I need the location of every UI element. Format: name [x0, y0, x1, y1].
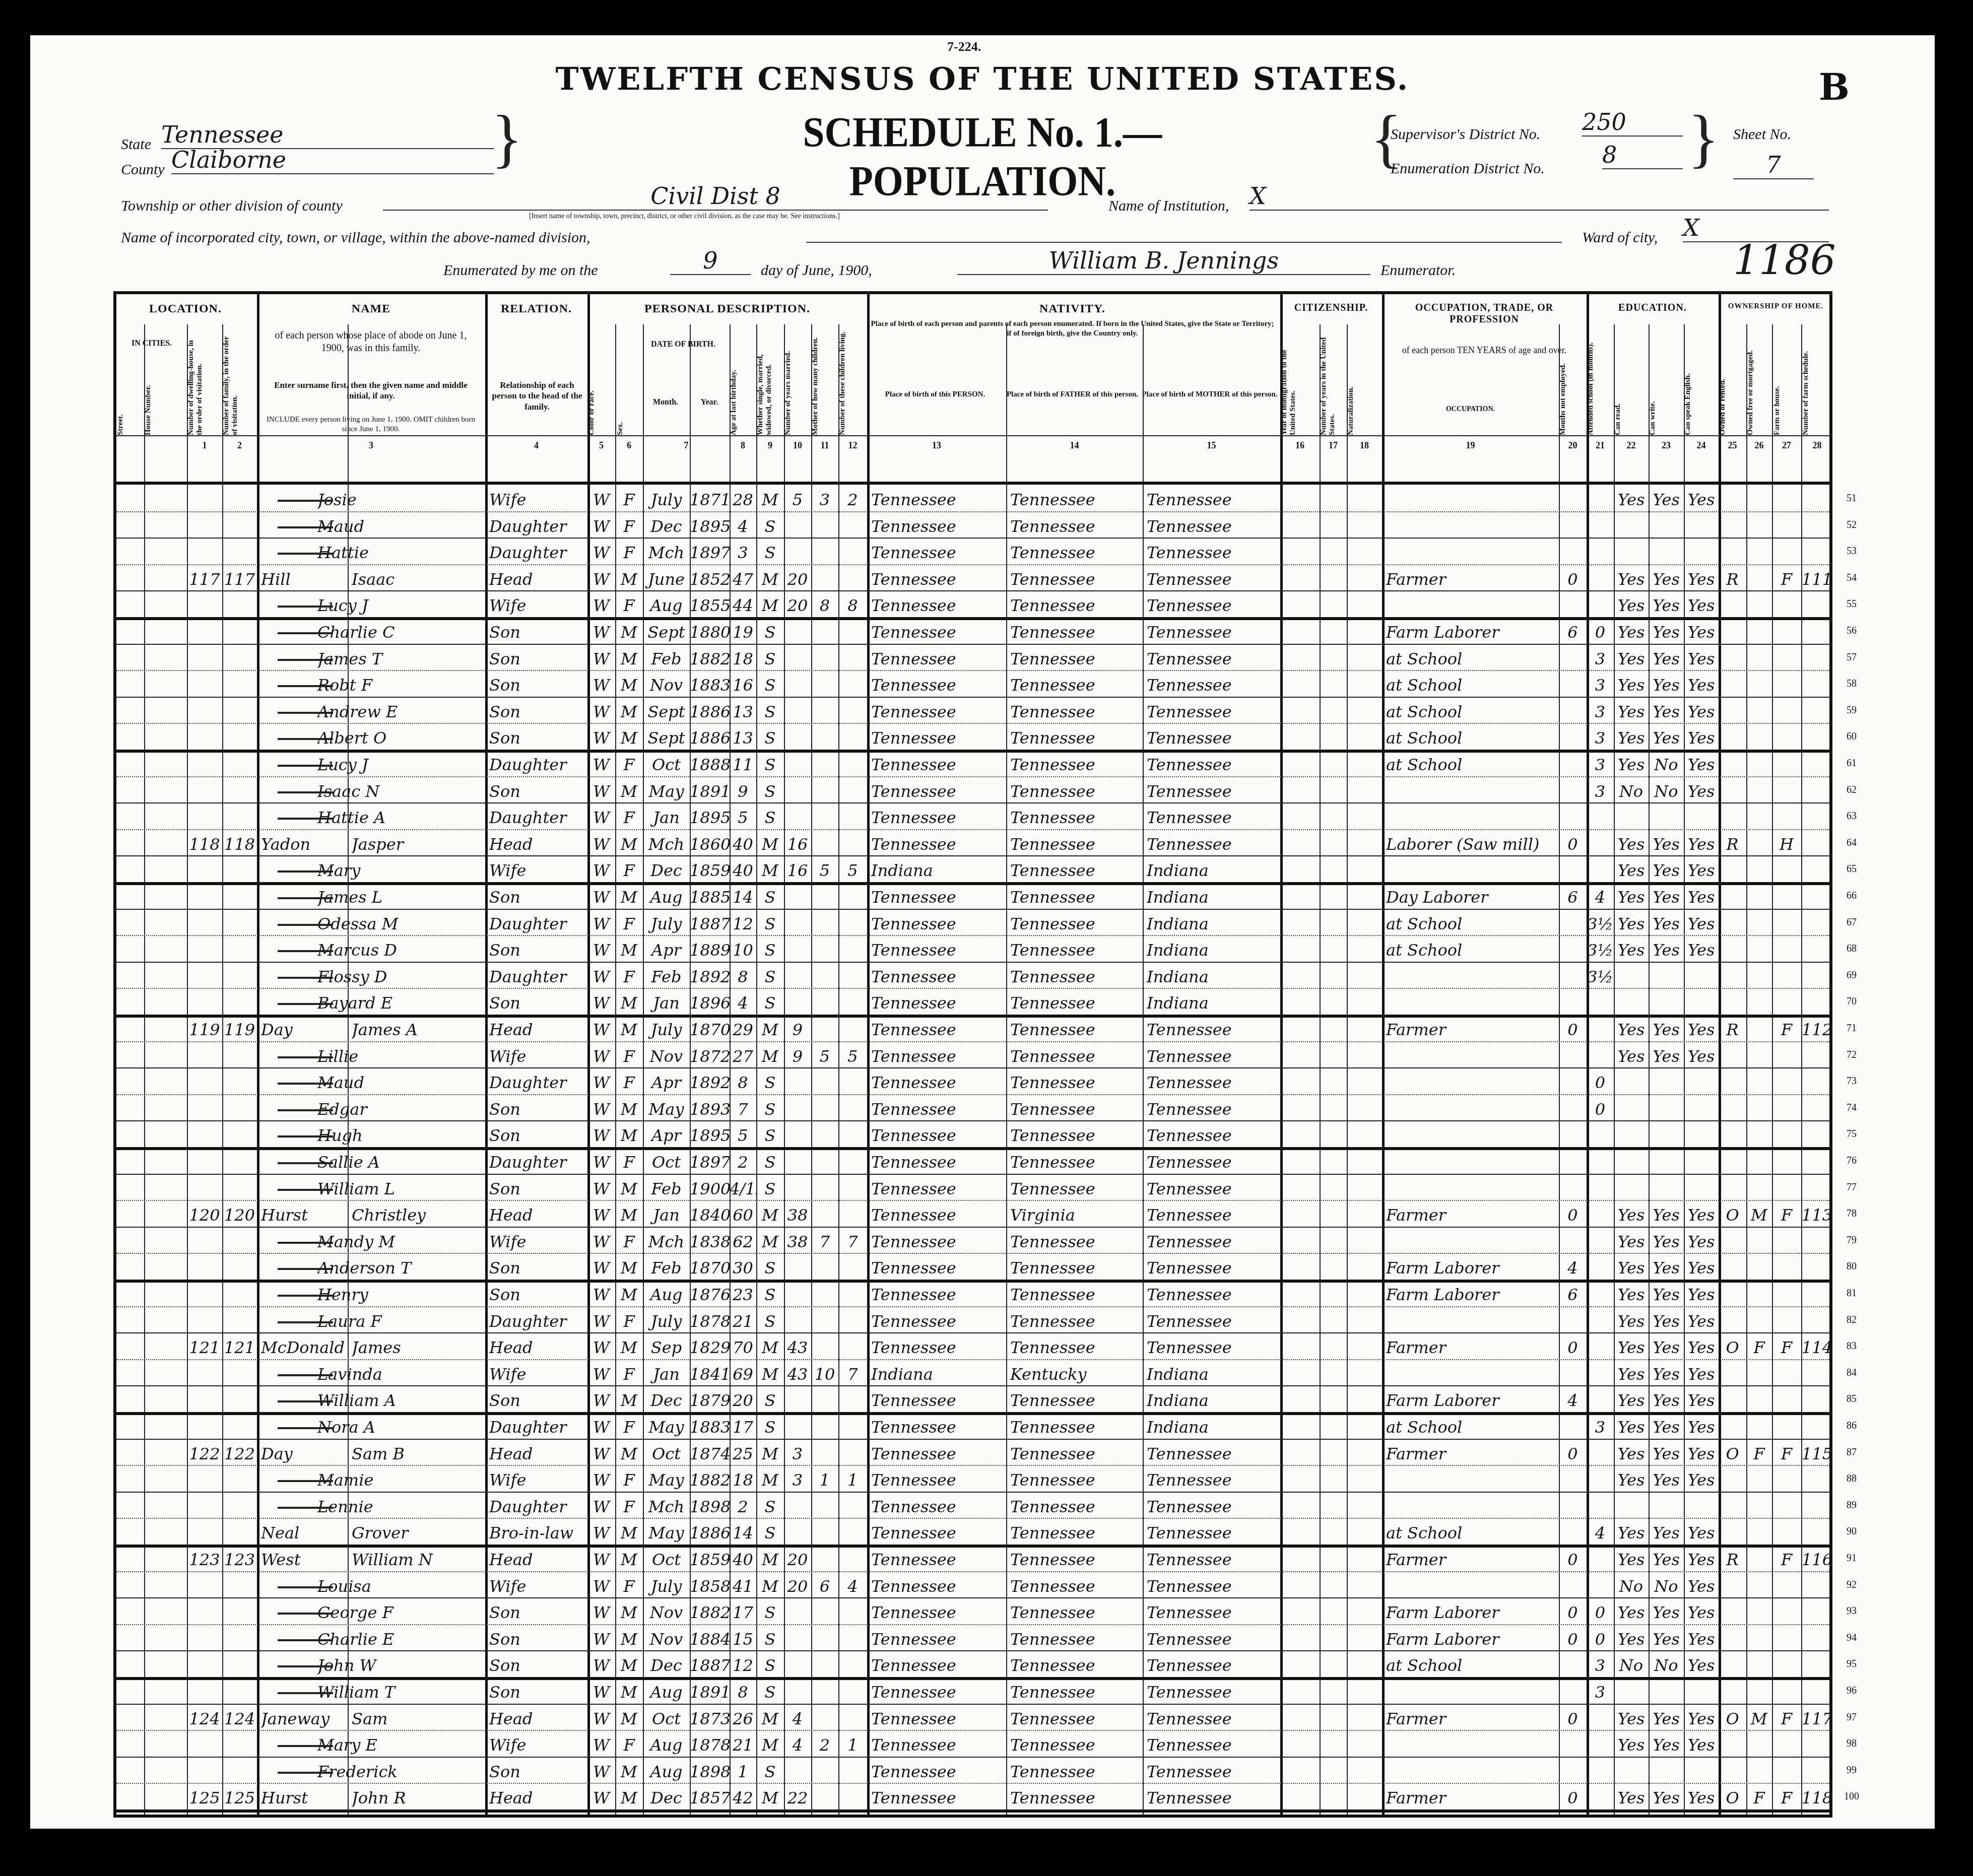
cell-fam[interactable]	[222, 1147, 257, 1173]
cell-pobf[interactable]: Tennessee	[1010, 1412, 1142, 1438]
cell-sex[interactable]: M	[615, 1783, 643, 1809]
cell-read[interactable]: Yes	[1614, 697, 1649, 723]
cell-fh[interactable]	[1772, 1253, 1801, 1279]
cell-sex[interactable]: M	[615, 723, 643, 749]
cell-pobf[interactable]: Tennessee	[1010, 1067, 1142, 1094]
cell-color[interactable]: W	[587, 1147, 615, 1173]
cell-pob[interactable]: Tennessee	[871, 1280, 1005, 1306]
cell-fm[interactable]	[1746, 1465, 1772, 1491]
cell-sex[interactable]: F	[615, 1041, 643, 1067]
cell-year[interactable]: 1859	[690, 1545, 730, 1571]
cell-pobf[interactable]: Tennessee	[1010, 1332, 1142, 1359]
cell-pobf[interactable]: Tennessee	[1010, 670, 1142, 696]
cell-month[interactable]: May	[643, 1094, 690, 1120]
cell-own[interactable]	[1719, 590, 1746, 617]
cell-pobm[interactable]: Tennessee	[1147, 590, 1279, 617]
cell-fm[interactable]	[1746, 590, 1772, 617]
cell-fh[interactable]	[1772, 617, 1801, 643]
cell-read[interactable]	[1614, 1094, 1649, 1120]
cell-pobf[interactable]: Tennessee	[1010, 1227, 1142, 1253]
cell-mar[interactable]: S	[756, 1492, 784, 1518]
cell-pobf[interactable]: Tennessee	[1010, 855, 1142, 882]
cell-ym[interactable]	[784, 1253, 811, 1279]
cell-rel[interactable]: Son	[489, 1757, 586, 1783]
cell-pobm[interactable]: Tennessee	[1147, 1067, 1279, 1094]
cell-dw[interactable]	[187, 1412, 222, 1438]
cell-fm[interactable]	[1746, 670, 1772, 696]
cell-ym[interactable]	[784, 1492, 811, 1518]
cell-speak[interactable]: Yes	[1684, 882, 1719, 908]
cell-mar[interactable]: S	[756, 1597, 784, 1624]
cell-speak[interactable]: Yes	[1684, 1597, 1719, 1624]
cell-write[interactable]: Yes	[1649, 1253, 1684, 1279]
cell-mo[interactable]	[811, 1174, 838, 1200]
enumerator-name-field[interactable]: William B. Jennings	[957, 247, 1370, 275]
cell-occ[interactable]: Farm Laborer	[1386, 1253, 1558, 1279]
cell-month[interactable]: Oct	[643, 1545, 690, 1571]
cell-given[interactable]: Odessa M	[317, 909, 450, 935]
cell-given[interactable]: Maud	[317, 511, 450, 538]
cell-mne[interactable]	[1559, 988, 1587, 1014]
cell-ch[interactable]	[838, 1412, 867, 1438]
cell-given[interactable]: Mamie	[317, 1465, 450, 1491]
cell-month[interactable]: May	[643, 1412, 690, 1438]
cell-mo[interactable]	[811, 1439, 838, 1465]
cell-ch[interactable]	[838, 935, 867, 961]
cell-mo[interactable]: 8	[811, 590, 838, 617]
cell-mar[interactable]: S	[756, 617, 784, 643]
cell-read[interactable]: Yes	[1614, 1518, 1649, 1544]
cell-pobf[interactable]: Tennessee	[1010, 1120, 1142, 1147]
cell-month[interactable]: May	[643, 1518, 690, 1544]
cell-color[interactable]: W	[587, 1280, 615, 1306]
cell-color[interactable]: W	[587, 1385, 615, 1412]
cell-read[interactable]	[1614, 1174, 1649, 1200]
cell-sch[interactable]: 3	[1587, 776, 1614, 802]
cell-year[interactable]: 1885	[690, 882, 730, 908]
cell-write[interactable]: Yes	[1649, 1704, 1684, 1730]
cell-fs[interactable]	[1801, 882, 1833, 908]
cell-year[interactable]: 1887	[690, 1650, 730, 1677]
cell-given[interactable]: Hugh	[317, 1120, 450, 1147]
cell-dw[interactable]	[187, 776, 222, 802]
cell-pob[interactable]: Tennessee	[871, 511, 1005, 538]
cell-own[interactable]	[1719, 1041, 1746, 1067]
cell-color[interactable]: W	[587, 538, 615, 564]
cell-occ[interactable]	[1386, 1492, 1558, 1518]
cell-rel[interactable]: Wife	[489, 1571, 586, 1597]
cell-occ[interactable]: at School	[1386, 935, 1558, 961]
cell-dw[interactable]: 124	[187, 1704, 222, 1730]
cell-year[interactable]: 1886	[690, 723, 730, 749]
cell-fh[interactable]	[1772, 1597, 1801, 1624]
cell-rel[interactable]: Son	[489, 1624, 586, 1650]
cell-fam[interactable]	[222, 909, 257, 935]
cell-sex[interactable]: M	[615, 1174, 643, 1200]
cell-fm[interactable]: M	[1746, 1200, 1772, 1226]
cell-fs[interactable]: 118	[1801, 1783, 1833, 1809]
cell-pobm[interactable]: Tennessee	[1147, 1200, 1279, 1226]
cell-surname[interactable]: Hurst	[261, 1200, 347, 1226]
cell-pob[interactable]: Tennessee	[871, 1041, 1005, 1067]
cell-fm[interactable]	[1746, 1120, 1772, 1147]
cell-sex[interactable]: M	[615, 1597, 643, 1624]
cell-sch[interactable]: 0	[1587, 1067, 1614, 1094]
cell-fh[interactable]	[1772, 511, 1801, 538]
cell-occ[interactable]: Farmer	[1386, 1783, 1558, 1809]
cell-ym[interactable]: 4	[784, 1730, 811, 1756]
cell-pobm[interactable]: Tennessee	[1147, 1227, 1279, 1253]
cell-month[interactable]: Aug	[643, 590, 690, 617]
cell-rel[interactable]: Head	[489, 1545, 586, 1571]
cell-rel[interactable]: Son	[489, 882, 586, 908]
cell-occ[interactable]	[1386, 988, 1558, 1014]
cell-sex[interactable]: M	[615, 1545, 643, 1571]
cell-ch[interactable]	[838, 1120, 867, 1147]
cell-pobm[interactable]: Tennessee	[1147, 1094, 1279, 1120]
cell-own[interactable]: R	[1719, 1545, 1746, 1571]
cell-sch[interactable]: 4	[1587, 882, 1614, 908]
cell-mar[interactable]: S	[756, 750, 784, 776]
cell-rel[interactable]: Son	[489, 617, 586, 643]
cell-color[interactable]: W	[587, 1757, 615, 1783]
cell-ym[interactable]	[784, 697, 811, 723]
cell-read[interactable]: Yes	[1614, 855, 1649, 882]
cell-year[interactable]: 1870	[690, 1253, 730, 1279]
cell-given[interactable]: John R	[352, 1783, 484, 1809]
cell-mo[interactable]	[811, 1412, 838, 1438]
cell-read[interactable]: Yes	[1614, 1545, 1649, 1571]
cell-color[interactable]: W	[587, 590, 615, 617]
cell-given[interactable]: Hattie A	[317, 802, 450, 829]
cell-fh[interactable]: F	[1772, 1783, 1801, 1809]
cell-month[interactable]: Apr	[643, 1067, 690, 1094]
cell-age[interactable]: 17	[730, 1412, 756, 1438]
cell-mar[interactable]: S	[756, 882, 784, 908]
cell-own[interactable]	[1719, 1359, 1746, 1385]
cell-mo[interactable]	[811, 1067, 838, 1094]
cell-sex[interactable]: M	[615, 1439, 643, 1465]
cell-fam[interactable]	[222, 1412, 257, 1438]
cell-pobf[interactable]: Tennessee	[1010, 1280, 1142, 1306]
cell-ch[interactable]: 5	[838, 855, 867, 882]
cell-rel[interactable]: Wife	[489, 1730, 586, 1756]
cell-fh[interactable]	[1772, 802, 1801, 829]
cell-dw[interactable]	[187, 802, 222, 829]
cell-month[interactable]: Aug	[643, 1677, 690, 1703]
cell-fm[interactable]: F	[1746, 1332, 1772, 1359]
cell-mo[interactable]: 3	[811, 485, 838, 511]
cell-dw[interactable]	[187, 1597, 222, 1624]
cell-ch[interactable]	[838, 1094, 867, 1120]
cell-speak[interactable]: Yes	[1684, 1332, 1719, 1359]
cell-fm[interactable]	[1746, 644, 1772, 670]
cell-color[interactable]: W	[587, 723, 615, 749]
cell-fm[interactable]	[1746, 1067, 1772, 1094]
cell-mo[interactable]	[811, 1200, 838, 1226]
cell-read[interactable]	[1614, 802, 1649, 829]
cell-speak[interactable]: Yes	[1684, 1227, 1719, 1253]
cell-mne[interactable]: 0	[1559, 1439, 1587, 1465]
cell-fam[interactable]: 117	[222, 564, 257, 590]
cell-mo[interactable]	[811, 1704, 838, 1730]
cell-pobf[interactable]: Tennessee	[1010, 564, 1142, 590]
cell-fam[interactable]	[222, 511, 257, 538]
cell-dw[interactable]	[187, 1174, 222, 1200]
cell-occ[interactable]	[1386, 1067, 1558, 1094]
cell-read[interactable]: Yes	[1614, 485, 1649, 511]
cell-mar[interactable]: M	[756, 1359, 784, 1385]
cell-own[interactable]	[1719, 1730, 1746, 1756]
enumerated-day-field[interactable]: 9	[670, 247, 751, 275]
cell-ym[interactable]	[784, 1120, 811, 1147]
cell-given[interactable]: Jasper	[352, 829, 484, 855]
cell-sch[interactable]	[1587, 1227, 1614, 1253]
cell-pobm[interactable]: Tennessee	[1147, 1677, 1279, 1703]
cell-fam[interactable]	[222, 1465, 257, 1491]
cell-own[interactable]	[1719, 1174, 1746, 1200]
cell-occ[interactable]	[1386, 1757, 1558, 1783]
cell-mar[interactable]: M	[756, 1545, 784, 1571]
cell-surname[interactable]: Janeway	[261, 1704, 347, 1730]
cell-rel[interactable]: Son	[489, 1253, 586, 1279]
cell-pobf[interactable]: Tennessee	[1010, 1650, 1142, 1677]
cell-fh[interactable]: F	[1772, 1200, 1801, 1226]
cell-own[interactable]	[1719, 511, 1746, 538]
cell-pobm[interactable]: Indiana	[1147, 909, 1279, 935]
cell-mne[interactable]: 0	[1559, 1015, 1587, 1041]
cell-own[interactable]	[1719, 485, 1746, 511]
cell-fs[interactable]	[1801, 909, 1833, 935]
cell-pobm[interactable]: Tennessee	[1147, 1597, 1279, 1624]
cell-write[interactable]: Yes	[1649, 697, 1684, 723]
cell-sex[interactable]: M	[615, 1094, 643, 1120]
cell-ch[interactable]	[838, 802, 867, 829]
cell-month[interactable]: Dec	[643, 1783, 690, 1809]
cell-pob[interactable]: Tennessee	[871, 1492, 1005, 1518]
cell-speak[interactable]: Yes	[1684, 909, 1719, 935]
cell-pobm[interactable]: Tennessee	[1147, 776, 1279, 802]
cell-pobf[interactable]: Tennessee	[1010, 1094, 1142, 1120]
cell-pobm[interactable]: Tennessee	[1147, 1332, 1279, 1359]
cell-fam[interactable]	[222, 882, 257, 908]
cell-read[interactable]: Yes	[1614, 882, 1649, 908]
cell-fs[interactable]	[1801, 802, 1833, 829]
cell-mne[interactable]	[1559, 1730, 1587, 1756]
cell-speak[interactable]: Yes	[1684, 1385, 1719, 1412]
cell-color[interactable]: W	[587, 564, 615, 590]
cell-dw[interactable]	[187, 1385, 222, 1412]
cell-color[interactable]: W	[587, 1624, 615, 1650]
cell-fh[interactable]	[1772, 644, 1801, 670]
cell-color[interactable]: W	[587, 1253, 615, 1279]
cell-own[interactable]	[1719, 935, 1746, 961]
cell-ym[interactable]	[784, 511, 811, 538]
cell-year[interactable]: 1897	[690, 538, 730, 564]
cell-pobf[interactable]: Tennessee	[1010, 485, 1142, 511]
cell-month[interactable]: May	[643, 776, 690, 802]
cell-write[interactable]: Yes	[1649, 855, 1684, 882]
cell-year[interactable]: 1886	[690, 1518, 730, 1544]
cell-dw[interactable]	[187, 538, 222, 564]
cell-sex[interactable]: M	[615, 1015, 643, 1041]
cell-ch[interactable]	[838, 1306, 867, 1332]
cell-sch[interactable]	[1587, 1492, 1614, 1518]
cell-ch[interactable]	[838, 644, 867, 670]
cell-dw[interactable]	[187, 988, 222, 1014]
cell-mne[interactable]	[1559, 1094, 1587, 1120]
cell-speak[interactable]: Yes	[1684, 1465, 1719, 1491]
cell-age[interactable]: 8	[730, 1067, 756, 1094]
cell-rel[interactable]: Daughter	[489, 962, 586, 988]
cell-sex[interactable]: M	[615, 1677, 643, 1703]
cell-age[interactable]: 3	[730, 538, 756, 564]
cell-age[interactable]: 12	[730, 909, 756, 935]
cell-fm[interactable]	[1746, 564, 1772, 590]
cell-occ[interactable]	[1386, 1465, 1558, 1491]
cell-write[interactable]	[1649, 962, 1684, 988]
cell-fs[interactable]: 113	[1801, 1200, 1833, 1226]
cell-fh[interactable]: F	[1772, 564, 1801, 590]
cell-read[interactable]: No	[1614, 1650, 1649, 1677]
cell-own[interactable]	[1719, 723, 1746, 749]
cell-mo[interactable]	[811, 1597, 838, 1624]
cell-pobm[interactable]: Tennessee	[1147, 1730, 1279, 1756]
cell-color[interactable]: W	[587, 882, 615, 908]
cell-fs[interactable]	[1801, 697, 1833, 723]
cell-pob[interactable]: Tennessee	[871, 1385, 1005, 1412]
cell-mne[interactable]	[1559, 776, 1587, 802]
cell-pobm[interactable]: Tennessee	[1147, 723, 1279, 749]
cell-given[interactable]: Flossy D	[317, 962, 450, 988]
cell-ch[interactable]	[838, 882, 867, 908]
cell-speak[interactable]	[1684, 511, 1719, 538]
cell-fs[interactable]	[1801, 1227, 1833, 1253]
cell-given[interactable]: Andrew E	[317, 697, 450, 723]
cell-fm[interactable]	[1746, 1650, 1772, 1677]
cell-fam[interactable]: 119	[222, 1015, 257, 1041]
cell-ym[interactable]	[784, 1280, 811, 1306]
cell-mne[interactable]: 4	[1559, 1253, 1587, 1279]
cell-mar[interactable]: M	[756, 1439, 784, 1465]
cell-sex[interactable]: M	[615, 1332, 643, 1359]
cell-fh[interactable]	[1772, 670, 1801, 696]
cell-sch[interactable]: 3	[1587, 644, 1614, 670]
cell-pob[interactable]: Tennessee	[871, 1094, 1005, 1120]
cell-color[interactable]: W	[587, 962, 615, 988]
cell-mne[interactable]	[1559, 802, 1587, 829]
cell-pob[interactable]: Tennessee	[871, 988, 1005, 1014]
cell-occ[interactable]: Farm Laborer	[1386, 1385, 1558, 1412]
cell-mo[interactable]	[811, 670, 838, 696]
cell-pobf[interactable]: Tennessee	[1010, 750, 1142, 776]
cell-year[interactable]: 1898	[690, 1492, 730, 1518]
cell-pobf[interactable]: Tennessee	[1010, 1492, 1142, 1518]
cell-fam[interactable]	[222, 644, 257, 670]
cell-fm[interactable]: F	[1746, 1783, 1772, 1809]
cell-mar[interactable]: S	[756, 697, 784, 723]
cell-mar[interactable]: M	[756, 855, 784, 882]
cell-mo[interactable]	[811, 1332, 838, 1359]
cell-month[interactable]: July	[643, 1571, 690, 1597]
cell-mar[interactable]: S	[756, 1757, 784, 1783]
cell-year[interactable]: 1882	[690, 644, 730, 670]
cell-year[interactable]: 1895	[690, 802, 730, 829]
cell-sch[interactable]: 0	[1587, 1597, 1614, 1624]
cell-dw[interactable]	[187, 1624, 222, 1650]
cell-rel[interactable]: Son	[489, 1677, 586, 1703]
cell-speak[interactable]: Yes	[1684, 750, 1719, 776]
cell-write[interactable]: Yes	[1649, 1783, 1684, 1809]
cell-ym[interactable]: 20	[784, 1571, 811, 1597]
cell-fh[interactable]	[1772, 909, 1801, 935]
cell-sch[interactable]: 3	[1587, 1412, 1614, 1438]
cell-month[interactable]: Nov	[643, 1624, 690, 1650]
cell-mar[interactable]: M	[756, 1227, 784, 1253]
cell-fs[interactable]: 114	[1801, 1332, 1833, 1359]
cell-ch[interactable]	[838, 1067, 867, 1094]
cell-rel[interactable]: Son	[489, 1650, 586, 1677]
cell-pobm[interactable]: Indiana	[1147, 855, 1279, 882]
cell-sex[interactable]: F	[615, 802, 643, 829]
cell-read[interactable]	[1614, 962, 1649, 988]
cell-year[interactable]: 1893	[690, 1094, 730, 1120]
cell-ym[interactable]	[784, 962, 811, 988]
cell-year[interactable]: 1838	[690, 1227, 730, 1253]
cell-month[interactable]: May	[643, 1465, 690, 1491]
cell-fam[interactable]	[222, 802, 257, 829]
cell-pob[interactable]: Tennessee	[871, 1120, 1005, 1147]
cell-mar[interactable]: S	[756, 1412, 784, 1438]
cell-speak[interactable]	[1684, 802, 1719, 829]
cell-month[interactable]: Sept	[643, 697, 690, 723]
cell-mo[interactable]	[811, 617, 838, 643]
cell-fh[interactable]: F	[1772, 1439, 1801, 1465]
cell-ym[interactable]	[784, 802, 811, 829]
cell-pob[interactable]: Tennessee	[871, 1253, 1005, 1279]
cell-ym[interactable]	[784, 1650, 811, 1677]
cell-color[interactable]: W	[587, 1094, 615, 1120]
cell-mne[interactable]	[1559, 1650, 1587, 1677]
cell-sch[interactable]	[1587, 1730, 1614, 1756]
cell-read[interactable]	[1614, 1120, 1649, 1147]
cell-surname[interactable]: Hill	[261, 564, 347, 590]
cell-pobf[interactable]: Tennessee	[1010, 1041, 1142, 1067]
cell-pob[interactable]: Tennessee	[871, 1465, 1005, 1491]
cell-ch[interactable]	[838, 1332, 867, 1359]
cell-ym[interactable]	[784, 1597, 811, 1624]
cell-speak[interactable]: Yes	[1684, 1359, 1719, 1385]
cell-age[interactable]: 14	[730, 882, 756, 908]
cell-own[interactable]: R	[1719, 1015, 1746, 1041]
cell-pob[interactable]: Tennessee	[871, 1571, 1005, 1597]
cell-mo[interactable]	[811, 750, 838, 776]
cell-sch[interactable]	[1587, 829, 1614, 855]
cell-read[interactable]: Yes	[1614, 1359, 1649, 1385]
cell-fam[interactable]	[222, 988, 257, 1014]
cell-fs[interactable]	[1801, 776, 1833, 802]
cell-fh[interactable]	[1772, 750, 1801, 776]
cell-given[interactable]: Frederick	[317, 1757, 450, 1783]
cell-month[interactable]: Nov	[643, 1041, 690, 1067]
cell-age[interactable]: 10	[730, 935, 756, 961]
cell-sex[interactable]: M	[615, 1120, 643, 1147]
cell-pobm[interactable]: Tennessee	[1147, 697, 1279, 723]
cell-speak[interactable]: Yes	[1684, 1041, 1719, 1067]
cell-sch[interactable]	[1587, 855, 1614, 882]
cell-year[interactable]: 1892	[690, 962, 730, 988]
cell-dw[interactable]	[187, 1359, 222, 1385]
